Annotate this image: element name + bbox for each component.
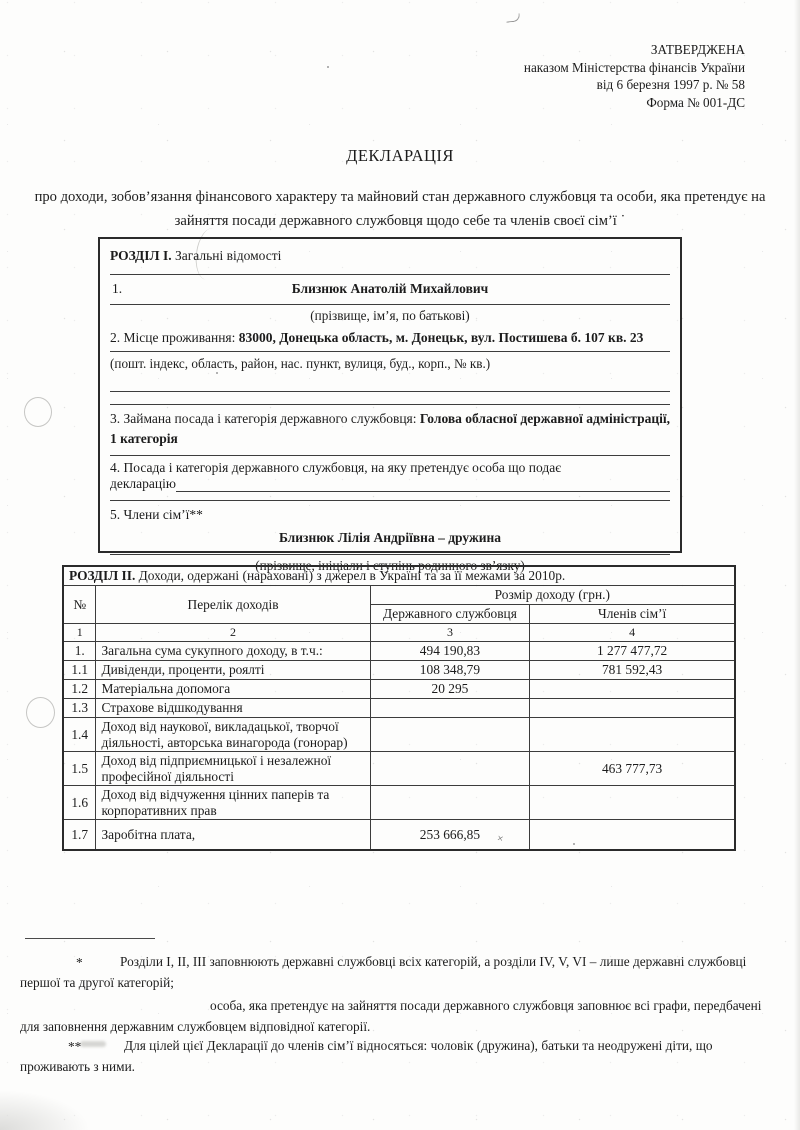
servant-amount (370, 786, 530, 820)
table-row: 1.7 Заробітна плата, 253 666,85 (63, 820, 735, 850)
col-header-family: Членів сім’ї (530, 605, 735, 624)
income-label: Матеріальна допомога (96, 680, 370, 699)
table-row: 1. Загальна сума сукупного доходу, в т.ч… (63, 642, 735, 661)
residence-address: 83000, Донецька область, м. Донецьк, вул… (239, 330, 644, 345)
approval-line: Форма № 001-ДС (524, 94, 745, 112)
hole-punch-mark (24, 397, 52, 427)
row-number: 1.4 (63, 718, 96, 752)
family-amount: 1 277 477,72 (530, 642, 735, 661)
servant-amount: 494 190,83 (370, 642, 530, 661)
scan-dot (327, 66, 329, 68)
table-row: 1.6 Доход від відчуження цінних паперів … (63, 786, 735, 820)
row-number: 1.7 (63, 820, 96, 850)
row-number: 1. (63, 642, 96, 661)
family-amount: 463 777,73 (530, 752, 735, 786)
family-amount (530, 820, 735, 850)
index-cell: 2 (96, 624, 370, 642)
row-number: 1.2 (63, 680, 96, 699)
item2-residence-row: 2. Місце проживання: 83000, Донецька обл… (110, 325, 670, 352)
scan-hook-mark (506, 13, 521, 22)
income-label: Доход від відчуження цінних паперів та к… (96, 786, 370, 820)
section2-title-number: РОЗДІЛ ІІ. (69, 568, 135, 583)
item1-number: 1. (112, 281, 122, 297)
family-amount (530, 786, 735, 820)
section1-heading: РОЗДІЛ І. Загальні відомості (110, 245, 670, 274)
income-label: Загальна сума сукупного доходу, в т.ч.: (96, 642, 370, 661)
item4-line2-row: декларацію (110, 476, 670, 492)
section1-box: РОЗДІЛ І. Загальні відомості 1. Близнюк … (98, 237, 682, 553)
approval-block: ЗАТВЕРДЖЕНА наказом Міністерства фінансі… (524, 41, 745, 111)
col-header-servant: Державного службовця (370, 605, 530, 624)
row-number: 1.1 (63, 661, 96, 680)
item5-family-label: 5. Члени сім’ї** (110, 501, 670, 523)
index-cell: 3 (370, 624, 530, 642)
scan-edge-shadow (794, 0, 800, 1130)
approval-line: від 6 березня 1997 р. № 58 (524, 76, 745, 94)
family-amount (530, 699, 735, 718)
item3-label: 3. Займана посада і категорія державного… (110, 411, 420, 426)
family-amount: 781 592,43 (530, 661, 735, 680)
servant-amount (370, 752, 530, 786)
footnote-2-marker: ** (68, 1036, 81, 1057)
document-subtitle: про доходи, зобов’язання фінансового хар… (22, 186, 778, 233)
table-row: 1.1 Дивіденди, проценти, роялті 108 348,… (63, 661, 735, 680)
section1-heading-number: РОЗДІЛ І. (110, 248, 172, 263)
income-label: Доход від підприємницької і незалежної п… (96, 752, 370, 786)
document-title: ДЕКЛАРАЦІЯ (0, 146, 800, 166)
row-number: 1.3 (63, 699, 96, 718)
item2-caption: (пошт. індекс, область, район, нас. пунк… (110, 352, 670, 372)
section2-title-text: Доходи, одержані (нараховані) з джерел в… (135, 568, 565, 583)
footnote-separator-line (25, 938, 155, 939)
family-member-name: Близнюк Лілія Андріївна – дружина (110, 523, 670, 555)
income-label: Доход від наукової, викладацької, творчо… (96, 718, 370, 752)
table-row: 1.4 Доход від наукової, викладацької, тв… (63, 718, 735, 752)
col-header-income-list: Перелік доходів (96, 586, 370, 624)
scan-corner-shadow (0, 1090, 90, 1130)
footnote-1-paragraph-1: * Розділи І, ІІ, ІІІ заповнюють державні… (20, 951, 772, 993)
row-number: 1.6 (63, 786, 96, 820)
approval-line: наказом Міністерства фінансів України (524, 59, 745, 77)
scanned-declaration-page: × ЗАТВЕРДЖЕНА наказом Міністерства фінан… (0, 0, 800, 1130)
footnote-1-paragraph-2: особа, яка претендує на зайняття посади … (20, 995, 772, 1037)
item1-caption: (прізвище, ім’я, по батькові) (110, 305, 670, 325)
item2-label: 2. Місце проживання: (110, 330, 239, 345)
section2-income-table: РОЗДІЛ ІІ. Доходи, одержані (нараховані)… (62, 565, 736, 851)
income-label: Страхове відшкодування (96, 699, 370, 718)
item4-line2-label: декларацію (110, 476, 176, 492)
declarant-name: Близнюк Анатолій Михайлович (292, 281, 489, 296)
item4-line1: 4. Посада і категорія державного службов… (110, 460, 670, 476)
approval-line: ЗАТВЕРДЖЕНА (524, 41, 745, 59)
servant-amount: 108 348,79 (370, 661, 530, 680)
section1-heading-text: Загальні відомості (172, 248, 282, 263)
ruled-line (110, 372, 670, 392)
section2-title: РОЗДІЛ ІІ. Доходи, одержані (нараховані)… (63, 566, 735, 586)
col-header-number: № (63, 586, 96, 624)
col-header-income-size: Розмір доходу (грн.) (370, 586, 735, 605)
footnote-1-text-2: особа, яка претендує на зайняття посади … (20, 995, 772, 1037)
servant-amount (370, 718, 530, 752)
servant-amount (370, 699, 530, 718)
ruled-line (110, 492, 670, 501)
footnote-1-marker: * (76, 952, 83, 973)
index-cell: 4 (530, 624, 735, 642)
footnote-2-text: Для цілей цієї Декларації до членів сім’… (20, 1035, 772, 1077)
hole-punch-mark (26, 697, 55, 728)
item3-position-row: 3. Займана посада і категорія державного… (110, 405, 670, 456)
table-row: 1.2 Матеріальна допомога 20 295 (63, 680, 735, 699)
family-amount (530, 718, 735, 752)
footnote-1-text-1: Розділи І, ІІ, ІІІ заповнюють державні с… (20, 951, 772, 993)
servant-amount: 253 666,85 (370, 820, 530, 850)
blank-underline (176, 476, 670, 492)
ruled-line (110, 392, 670, 405)
item1-name-row: 1. Близнюк Анатолій Михайлович (110, 275, 670, 305)
income-label: Заробітна плата, (96, 820, 370, 850)
income-label: Дивіденди, проценти, роялті (96, 661, 370, 680)
servant-amount: 20 295 (370, 680, 530, 699)
footnote-2-paragraph: ** Для цілей цієї Декларації до членів с… (20, 1035, 772, 1077)
table-row: 1.3 Страхове відшкодування (63, 699, 735, 718)
item4-claimed-position-row: 4. Посада і категорія державного службов… (110, 456, 670, 492)
index-cell: 1 (63, 624, 96, 642)
row-number: 1.5 (63, 752, 96, 786)
table-row: 1.5 Доход від підприємницької і незалежн… (63, 752, 735, 786)
family-amount (530, 680, 735, 699)
